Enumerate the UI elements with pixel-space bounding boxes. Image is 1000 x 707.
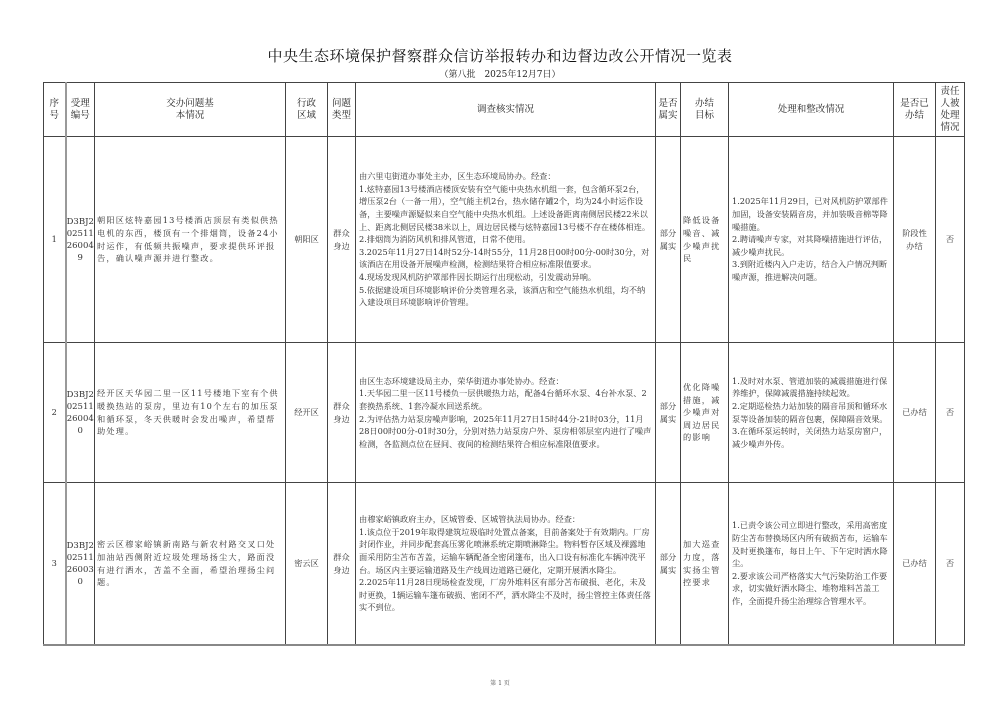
header-seq: 序号 — [44, 83, 66, 137]
header-verified: 是否属实 — [656, 83, 681, 137]
row-type: 群众身边 — [328, 137, 356, 343]
investigation-line: 2.为评估热力站泵房噪声影响，2025年11月27日15时44分-21时03分，… — [359, 413, 652, 451]
investigation-line: 2.排烟筒为消防风机和排风管道，日常不使用。 — [359, 233, 652, 246]
investigation-line: 1.天华园二里一区11号楼负一层供暖热力站，配备4台循环水泵、4台补水泵、2套换… — [359, 387, 652, 412]
investigation-line: 由穆家峪镇政府主办，区城管委、区城管执法局协办。经查： — [359, 513, 652, 526]
disclosure-table: 序号 受理编号 交办问题基本情况 行政区域 问题类型 调查核实情况 是否属实 办… — [43, 82, 965, 646]
header-district: 行政区域 — [286, 83, 328, 137]
row-accountability: 否 — [936, 137, 965, 343]
row-district: 密云区 — [286, 483, 328, 646]
row-district: 朝阳区 — [286, 137, 328, 343]
row-seq: 3 — [44, 483, 66, 646]
row-type: 群众身边 — [328, 483, 356, 646]
handling-line: 1.已责令该公司立即进行整改，采用高密度防尘苫布替换场区内所有破损苫布，运输车及… — [732, 519, 890, 569]
header-accountability: 责任人被处理情况 — [936, 83, 965, 137]
investigation-line: 2.2025年11月28日现场检查发现，厂房外堆料区有部分苫布破损、老化，未及时… — [359, 576, 652, 614]
header-id: 受理编号 — [66, 83, 95, 137]
row-handling: 1.已责令该公司立即进行整改，采用高密度防尘苫布替换场区内所有破损苫布，运输车及… — [729, 483, 894, 646]
header-goal: 办结目标 — [681, 83, 729, 137]
row-verified: 部分属实 — [656, 137, 681, 343]
investigation-line: 1.该点位于2019年取得建筑垃圾临时处置点备案，目前备案处于有效期内。厂房封闭… — [359, 526, 652, 576]
handling-line: 1.及时对水泵、管道加装的减震措施进行保养维护，保障减震措施持续起效。 — [732, 375, 890, 400]
handling-line: 2.要求该公司严格落实大气污染防治工作要求，切实做好洒水降尘、堆物堆料苫盖工作，… — [732, 570, 890, 608]
document-title: 中央生态环境保护督察群众信访举报转办和边督边改公开情况一览表 — [0, 45, 1000, 66]
row-goal: 降低设备噪音、减少噪声扰民 — [681, 137, 729, 343]
row-id: D3BJ202511260049 — [66, 137, 95, 343]
table-row: 3 D3BJ202511260030 密云区穆家峪镇新南路与新农村路交叉口处加油… — [44, 483, 965, 646]
handling-line: 3.在循环泵运转时，关闭热力站泵房窗户，减少噪声外传。 — [732, 425, 890, 450]
row-seq: 2 — [44, 343, 66, 483]
investigation-line: 5.依据建设项目环境影响评价分类管理名录，该酒店和空气能热水机组，均不纳入建设项… — [359, 284, 652, 309]
investigation-line: 1.炫特嘉园13号楼酒店楼顶安装有空气能中央热水机组一套，包含循环泵2台，增压泵… — [359, 183, 652, 233]
header-handling: 处理和整改情况 — [729, 83, 894, 137]
row-investigation: 由穆家峪镇政府主办，区城管委、区城管执法局协办。经查： 1.该点位于2019年取… — [356, 483, 656, 646]
row-id: D3BJ202511260040 — [66, 343, 95, 483]
row-issue: 密云区穆家峪镇新南路与新农村路交叉口处加油站西侧附近垃圾处理场扬尘大，路面没有进… — [95, 483, 286, 646]
header-type: 问题类型 — [328, 83, 356, 137]
handling-line: 3.到附近楼内入户走访，结合入户情况判断噪声源，推进解决问题。 — [732, 258, 890, 283]
row-investigation: 由六里屯街道办事处主办，区生态环境局协办。经查： 1.炫特嘉园13号楼酒店楼顶安… — [356, 137, 656, 343]
header-investigation: 调查核实情况 — [356, 83, 656, 137]
header-closed: 是否已办结 — [894, 83, 936, 137]
handling-line: 2.聘请噪声专家，对其降噪措施进行评估，减少噪声扰民。 — [732, 233, 890, 258]
row-district: 经开区 — [286, 343, 328, 483]
investigation-line: 4.现场发现风机防护罩部件因长期运行出现松动，引发震动异响。 — [359, 271, 652, 284]
investigation-line: 3.2025年11月27日14时52分-14时55分，11月28日00时00分-… — [359, 246, 652, 271]
handling-line: 1.2025年11月29日，已对风机防护罩部件加固，设备安装隔音房，并加装吸音棉… — [732, 195, 890, 233]
row-closed: 已办结 — [894, 483, 936, 646]
page-number: 第 1 页 — [0, 678, 1000, 687]
row-type: 群众身边 — [328, 343, 356, 483]
row-verified: 部分属实 — [656, 343, 681, 483]
header-issue-label: 交办问题基本情况 — [164, 98, 216, 122]
row-handling: 1.2025年11月29日，已对风机防护罩部件加固，设备安装隔音房，并加装吸音棉… — [729, 137, 894, 343]
row-closed: 已办结 — [894, 343, 936, 483]
investigation-line: 由六里屯街道办事处主办，区生态环境局协办。经查： — [359, 170, 652, 183]
table-row: 2 D3BJ202511260040 经开区天华园二里一区11号楼地下室有个供暖… — [44, 343, 965, 483]
investigation-line: 由区生态环境建设局主办，荣华街道办事处协办。经查： — [359, 375, 652, 388]
document-subtitle: （第八批 2025年12月7日） — [0, 67, 1000, 80]
row-investigation: 由区生态环境建设局主办，荣华街道办事处协办。经查： 1.天华园二里一区11号楼负… — [356, 343, 656, 483]
row-issue: 朝阳区炫特嘉园13号楼酒店顶层有类似供热电机的东西，楼顶有一个排烟筒，设备24小… — [95, 137, 286, 343]
table-row: 1 D3BJ202511260049 朝阳区炫特嘉园13号楼酒店顶层有类似供热电… — [44, 137, 965, 343]
row-seq: 1 — [44, 137, 66, 343]
row-goal: 优化降噪措施，减少噪声对周边居民的影响 — [681, 343, 729, 483]
row-id: D3BJ202511260030 — [66, 483, 95, 646]
row-handling: 1.及时对水泵、管道加装的减震措施进行保养维护，保障减震措施持续起效。 2.定期… — [729, 343, 894, 483]
row-verified: 部分属实 — [656, 483, 681, 646]
row-closed: 阶段性办结 — [894, 137, 936, 343]
table-header-row: 序号 受理编号 交办问题基本情况 行政区域 问题类型 调查核实情况 是否属实 办… — [44, 83, 965, 137]
row-issue: 经开区天华园二里一区11号楼地下室有个供暖换热站的泵房，里边有10个左右的加压泵… — [95, 343, 286, 483]
header-issue: 交办问题基本情况 — [95, 83, 286, 137]
row-accountability: 否 — [936, 343, 965, 483]
row-goal: 加大巡查力度，落实扬尘管控要求 — [681, 483, 729, 646]
handling-line: 2.定期巡检热力站加装的隔音吊顶和循环水泵等设备加装的隔音包裹，保障隔音效果。 — [732, 400, 890, 425]
row-accountability: 否 — [936, 483, 965, 646]
